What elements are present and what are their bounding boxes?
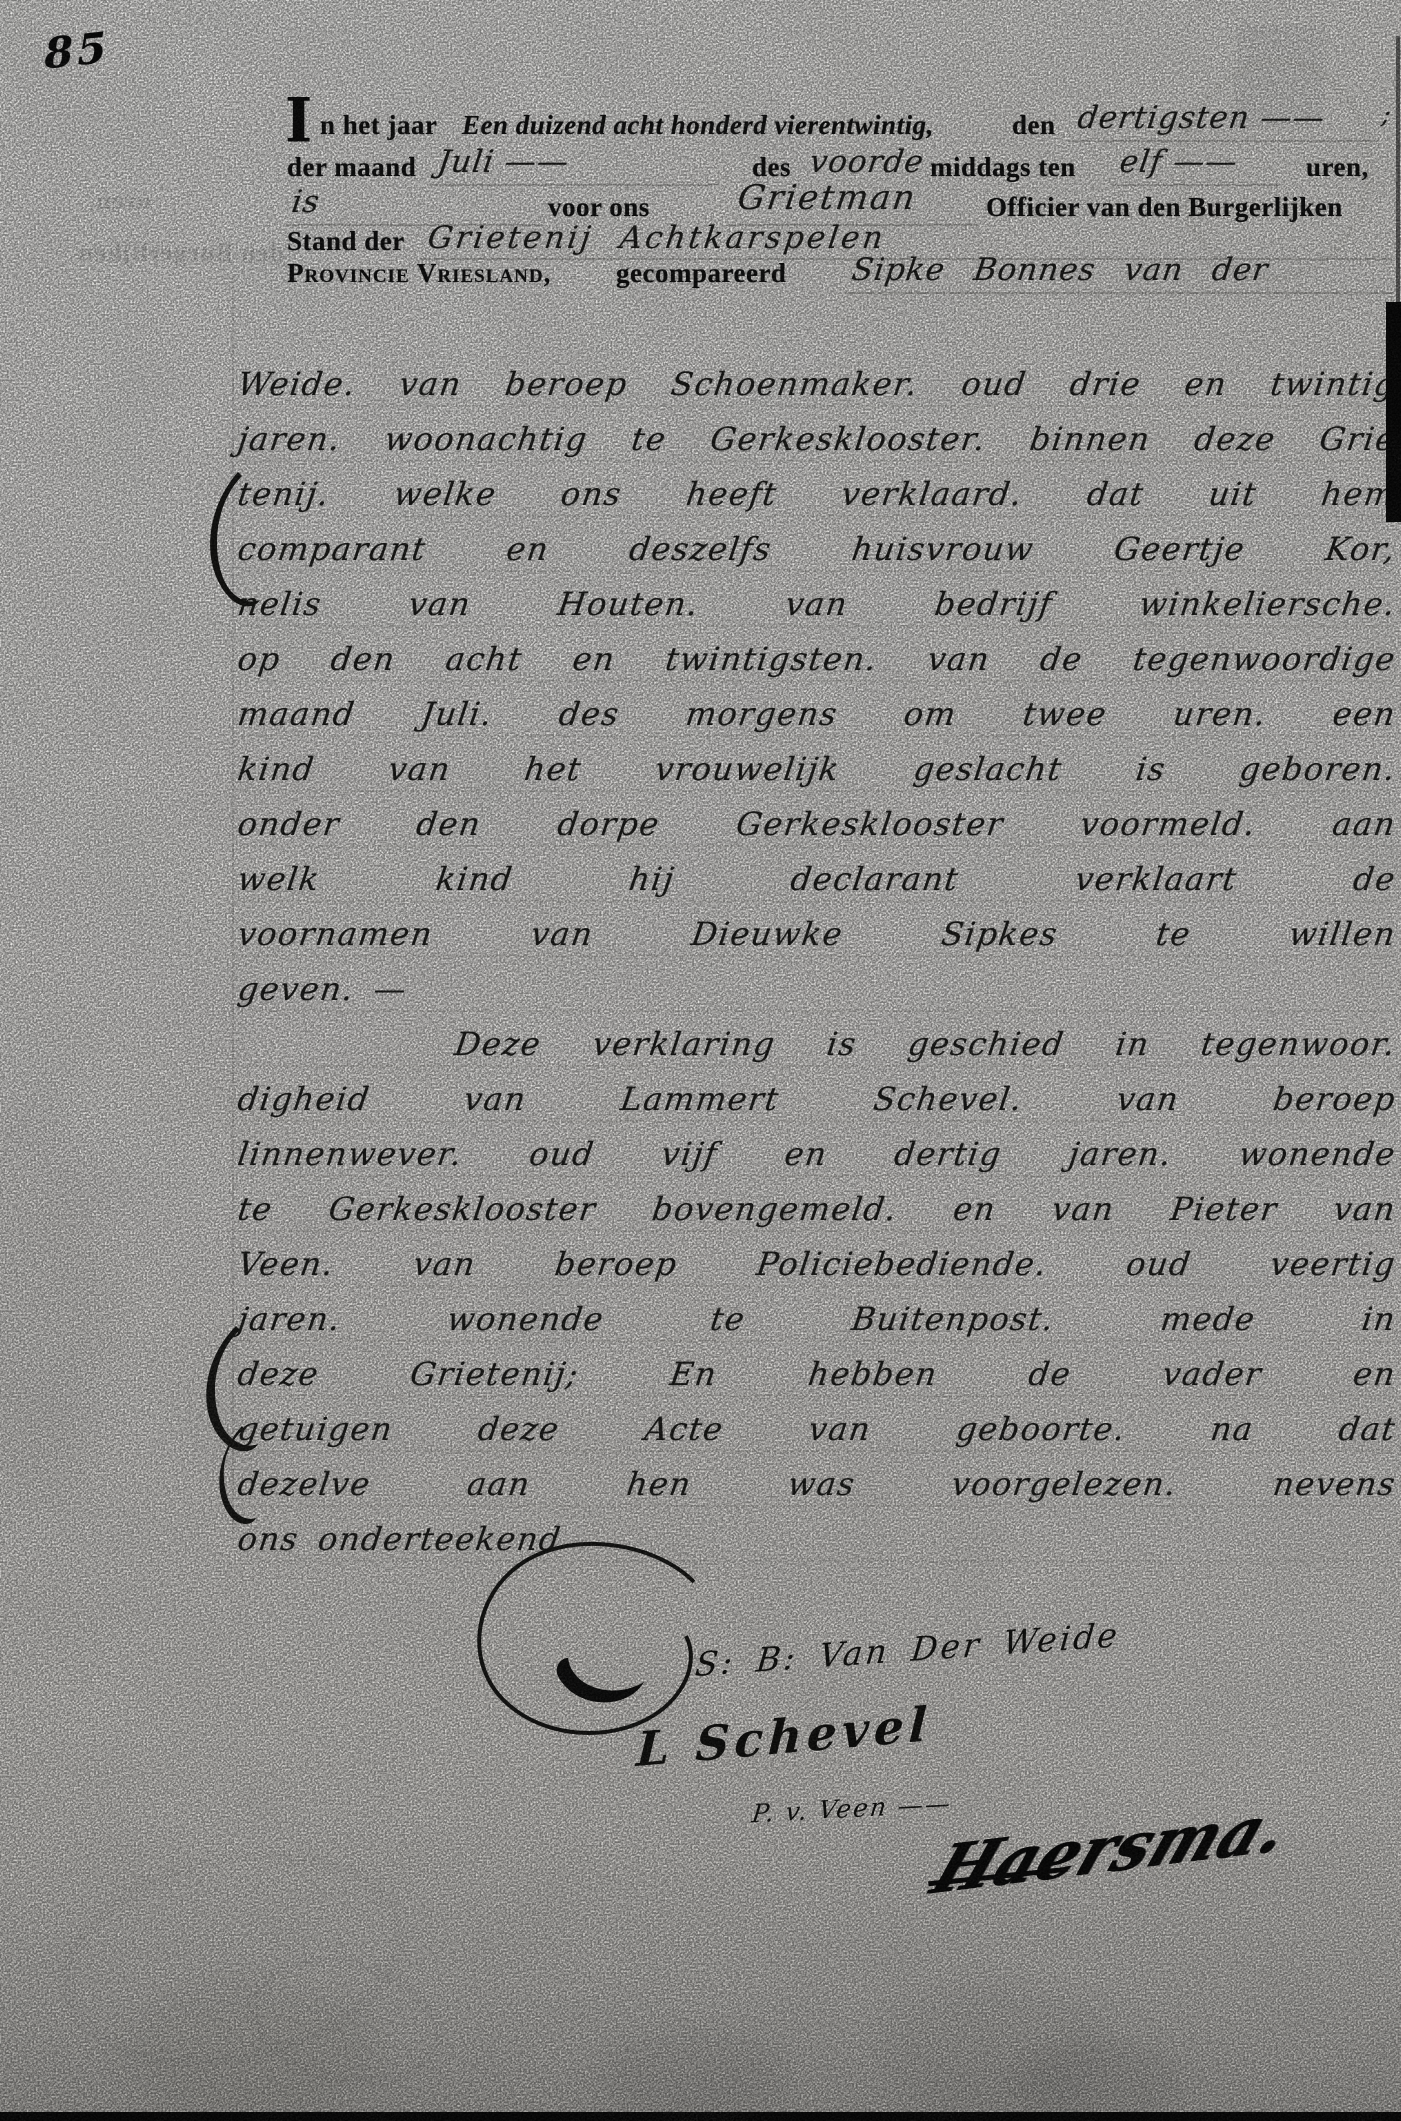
smudge <box>600 2030 790 2121</box>
rule-line <box>240 570 1394 572</box>
printed-text: n het jaar <box>320 110 437 141</box>
fill-line <box>1112 184 1280 186</box>
rule-line <box>240 1010 1394 1012</box>
body-line: deze Grietenij; En hebben de vader en <box>235 1355 1398 1393</box>
edge-bar-bottom <box>0 2112 1401 2121</box>
smudge <box>120 1980 380 2120</box>
bleedthrough-swirl <box>42 1822 423 2095</box>
printed-text: gecompareerd <box>616 258 786 289</box>
rule-line <box>240 1560 1394 1562</box>
body-line: dezelve aan hen was voorgelezen. nevens <box>235 1465 1398 1503</box>
fill-line <box>1068 140 1378 142</box>
body-line: jaren. wonende te Buitenpost. mede in <box>235 1300 1398 1338</box>
edge-bar-right <box>1386 302 1401 522</box>
margin-flourish <box>194 468 264 618</box>
body-line: te Gerkesklooster bovengemeld. en van Pi… <box>235 1190 1398 1228</box>
body-line: digheid van Lammert Schevel. van beroep <box>235 1080 1398 1118</box>
signature-declarant: S: B: Van Der Weide <box>693 1615 1122 1684</box>
body-line: kind van het vrouwelijk geslacht is gebo… <box>235 750 1398 788</box>
handwritten-comparant: Sipke Bonnes van der <box>849 252 1270 288</box>
body-line: geven. — <box>235 970 1398 1008</box>
body-line: nelis van Houten. van bedrijf winkeliers… <box>235 585 1398 623</box>
printed-year: Een duizend acht honderd vierentwintig, <box>462 110 934 141</box>
bleedthrough-swirl <box>238 1939 454 2104</box>
rule-line <box>240 405 1394 407</box>
rule-line <box>240 1120 1394 1122</box>
fill-line <box>430 184 718 186</box>
body-line: voornamen van Dieuwke Sipkes te willen <box>235 915 1398 953</box>
smudge <box>1010 2040 1180 2121</box>
printed-text: voor ons <box>548 192 650 223</box>
body-line: ons onderteekend <box>235 1520 1398 1558</box>
body-line: maand Juli. des morgens om twee uren. ee… <box>235 695 1398 733</box>
signature-official: Haersma. <box>921 1788 1301 1910</box>
body-line: jaren. woonachtig te Gerkesklooster. bin… <box>235 420 1398 458</box>
rule-line <box>240 1450 1394 1452</box>
rule-line <box>240 1285 1394 1287</box>
handwritten-month: Juli —— <box>435 144 571 180</box>
ornate-initial: I <box>285 85 311 156</box>
printed-text: uren, <box>1306 152 1369 183</box>
body-line: tenij. welke ons heeft verklaard. dat ui… <box>235 475 1398 513</box>
rule-line <box>240 680 1394 682</box>
body-line: comparant en deszelfs huisvrouw Geertje … <box>235 530 1398 568</box>
bleedthrough-text: den Burgerlijken <box>78 238 284 268</box>
rule-line <box>240 1230 1394 1232</box>
rule-line <box>240 955 1394 957</box>
rule-line <box>240 735 1394 737</box>
rule-line <box>240 625 1394 627</box>
rule-line <box>240 515 1394 517</box>
body-line: Deze verklaring is geschied in tegenwoor… <box>452 1025 1398 1063</box>
signature-witness-2: P. v. Veen —— <box>750 1789 953 1829</box>
rule-line <box>240 1340 1394 1342</box>
bleedthrough-text: uren, <box>88 186 151 216</box>
handwritten-day: dertigsten —— <box>1075 100 1327 136</box>
rule-line <box>240 460 1394 462</box>
rule-line <box>240 845 1394 847</box>
act-number: 85 <box>43 22 111 78</box>
handwritten-official-title: Grietman <box>735 178 919 218</box>
printed-text: Stand der <box>287 226 405 257</box>
handwritten-is: is <box>289 184 322 220</box>
smudge <box>0 1100 110 1520</box>
rule-line <box>240 1065 1394 1067</box>
rule-line <box>240 790 1394 792</box>
printed-text: middags ten <box>930 152 1076 183</box>
page: uren, den Burgerlijken 85 I n het jaar E… <box>0 0 1401 2121</box>
rule-line <box>240 1175 1394 1177</box>
printed-text: Officier van den Burgerlijken <box>986 192 1343 223</box>
rule-line <box>240 900 1394 902</box>
printed-text: den <box>1012 110 1056 141</box>
handwritten-district: Grietenij Achtkarspelen <box>425 220 888 256</box>
printed-text: Provincie Vriesland, <box>287 258 551 289</box>
handwritten-mark: ; <box>1380 100 1393 130</box>
edge-line-right <box>1396 36 1400 304</box>
body-line: Weide. van beroep Schoenmaker. oud drie … <box>235 365 1398 403</box>
rule-line <box>240 1395 1394 1397</box>
printed-text: der maand <box>287 152 416 183</box>
handwritten-hour: elf —— <box>1117 144 1240 180</box>
body-line: welk kind hij declarant verklaart de <box>235 860 1398 898</box>
body-line: op den acht en twintigsten. van de tegen… <box>235 640 1398 678</box>
body-line: onder den dorpe Gerkesklooster voormeld.… <box>235 805 1398 843</box>
margin-flourish <box>206 1424 262 1534</box>
body-line: linnenwever. oud vijf en dertig jaren. w… <box>235 1135 1398 1173</box>
fill-line <box>845 292 1393 294</box>
handwritten-daypart: voorde <box>807 144 926 180</box>
rule-line <box>240 1505 1394 1507</box>
body-line: getuigen deze Acte van geboorte. na dat <box>235 1410 1398 1448</box>
smudge <box>880 1980 1110 2120</box>
body-line: Veen. van beroep Policiebediende. oud ve… <box>235 1245 1398 1283</box>
